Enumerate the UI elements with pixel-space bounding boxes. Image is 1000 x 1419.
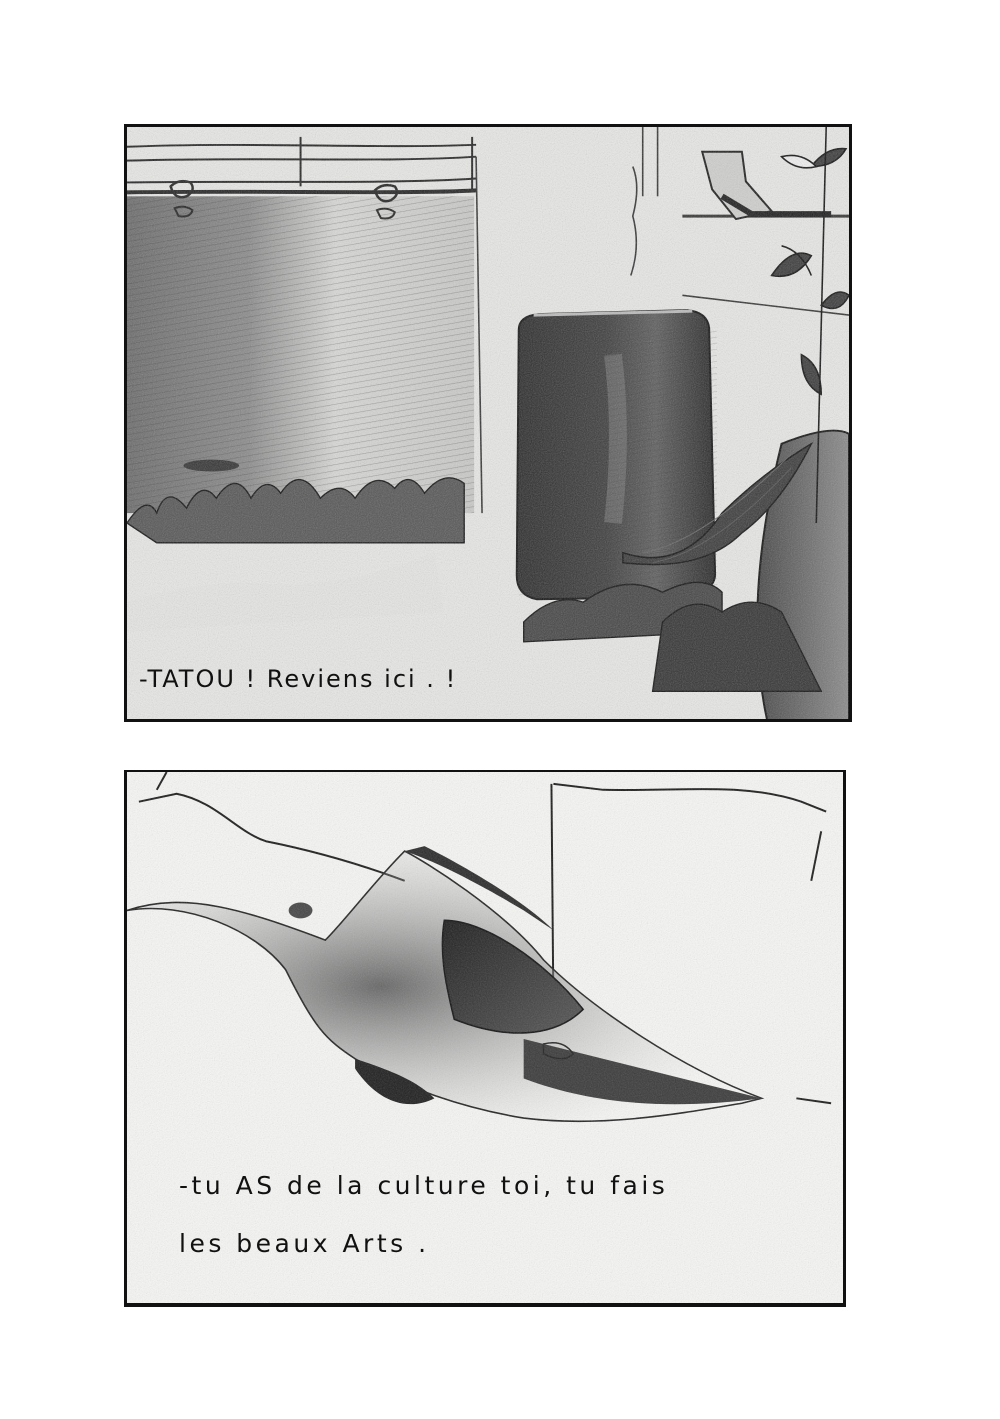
caption-panel-1: -TATOU ! Reviens ici . ! bbox=[139, 665, 457, 693]
caption-panel-2-line-1: -tu AS de la culture toi, tu fais bbox=[179, 1157, 819, 1215]
caption-panel-2-line-2: les beaux Arts . bbox=[179, 1215, 819, 1273]
comic-page: -TATOU ! Reviens ici . ! bbox=[0, 0, 1000, 1419]
comic-panel-1: -TATOU ! Reviens ici . ! bbox=[124, 124, 852, 722]
panel-1-illustration bbox=[127, 127, 849, 719]
comic-panel-2: -tu AS de la culture toi, tu fais les be… bbox=[124, 770, 846, 1307]
caption-panel-2: -tu AS de la culture toi, tu fais les be… bbox=[179, 1157, 819, 1273]
